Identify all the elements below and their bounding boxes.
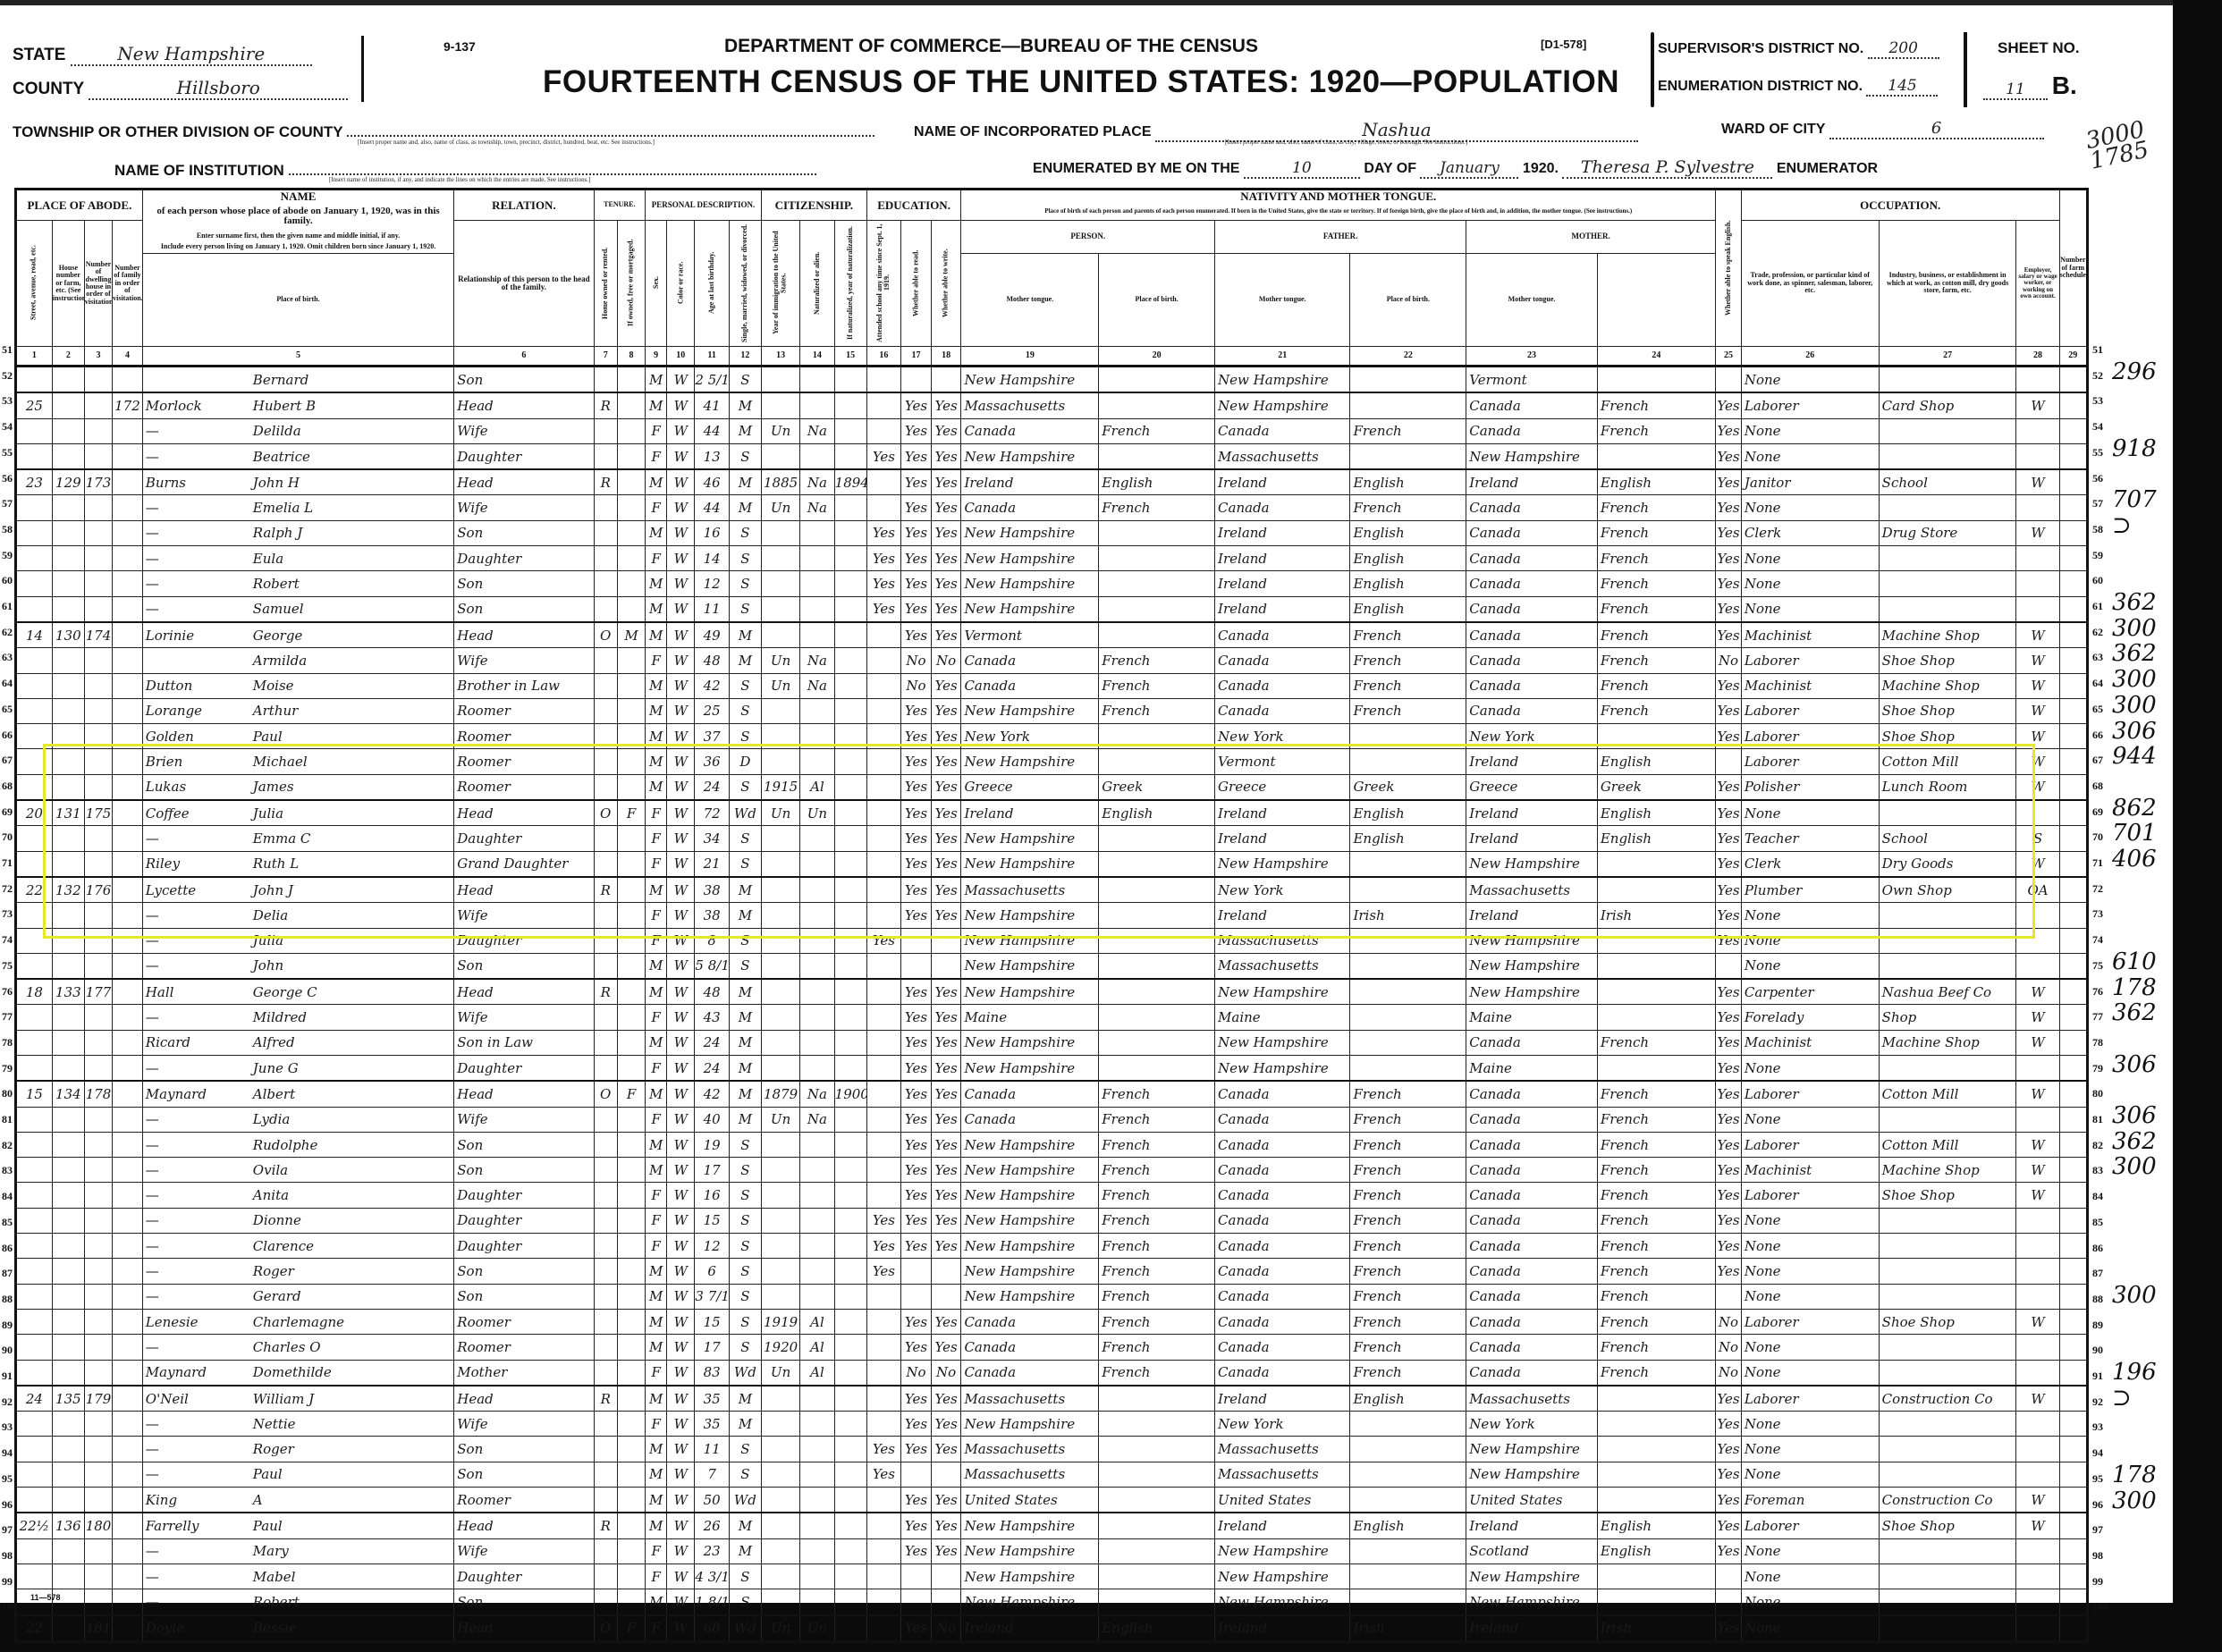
- cell-age: 3 7/12: [695, 1284, 729, 1309]
- cell-class: [2016, 928, 2059, 953]
- line-number-left: 71: [2, 856, 13, 870]
- cell-nat: [800, 1005, 834, 1030]
- cell-mort: [617, 1437, 645, 1462]
- table-row: —MildredWifeFW43MYesYesMaineMaineMaineYe…: [16, 1005, 2088, 1030]
- cell-house: [52, 1538, 84, 1563]
- cell-m-pob: New Hampshire: [1466, 1462, 1598, 1487]
- surname: Morlock: [146, 398, 253, 414]
- cell-tongue: [1099, 1386, 1215, 1412]
- surname: Farrelly: [146, 1518, 253, 1534]
- cell-nat: [800, 546, 834, 571]
- cell-natyr: [834, 903, 866, 928]
- cell-nat: [800, 1412, 834, 1437]
- cell-family: [113, 698, 143, 723]
- cell-m-tongue: French: [1597, 1081, 1715, 1107]
- cell-race: W: [667, 571, 695, 596]
- cell-relation: Wife: [454, 1412, 594, 1437]
- cell-f-tongue: English: [1350, 1386, 1466, 1412]
- cell-pob: Canada: [961, 1309, 1099, 1334]
- margin-annotation: 406: [2112, 846, 2157, 872]
- cell-dwelling: [84, 1056, 112, 1082]
- cell-relation: Wife: [454, 495, 594, 520]
- line-number-right: 82: [2092, 1139, 2103, 1152]
- cell-family: [113, 1259, 143, 1284]
- surname: —: [146, 551, 253, 567]
- cell-school: [866, 724, 900, 749]
- cell-race: W: [667, 1335, 695, 1360]
- cell-family: [113, 1462, 143, 1487]
- cell-school: Yes: [866, 546, 900, 571]
- given-name: Lydia: [253, 1111, 291, 1127]
- table-row: 22181DoyleBessieHeadOFFW68WdUnUnYesNoIre…: [16, 1615, 2088, 1642]
- cell-relation: Wife: [454, 903, 594, 928]
- cell-write: Yes: [931, 443, 961, 469]
- cell-mort: [617, 392, 645, 418]
- line-number-right: 70: [2092, 830, 2103, 844]
- cell-m-pob: Ireland: [1466, 800, 1598, 826]
- cell-marital: S: [729, 1208, 761, 1233]
- cell-own: [594, 366, 617, 392]
- cell-write: Yes: [931, 826, 961, 851]
- cell-relation: Daughter: [454, 928, 594, 953]
- cell-f-tongue: [1350, 851, 1466, 877]
- cell-english: Yes: [1716, 877, 1742, 903]
- cell-marital: S: [729, 826, 761, 851]
- cell-tongue: [1099, 366, 1215, 392]
- cell-dwelling: [84, 1259, 112, 1284]
- cell-mort: [617, 826, 645, 851]
- cell-name: DoyleBessie: [142, 1615, 453, 1642]
- cell-industry: [1879, 1284, 2016, 1309]
- cell-own: [594, 673, 617, 698]
- cell-industry: [1879, 495, 2016, 520]
- cell-f-pob: Canada: [1215, 1183, 1350, 1208]
- cell-family: [113, 1335, 143, 1360]
- cell-relation: Daughter: [454, 443, 594, 469]
- cell-farm: [2059, 673, 2087, 698]
- cell-own: [594, 1183, 617, 1208]
- cell-name: —Anita: [142, 1183, 453, 1208]
- cell-dwelling: [84, 1234, 112, 1259]
- cell-industry: [1879, 928, 2016, 953]
- cell-pob: Canada: [961, 1081, 1099, 1107]
- cell-class: [2016, 1360, 2059, 1386]
- cell-nat: [800, 1183, 834, 1208]
- cell-nat: [800, 1462, 834, 1487]
- cell-english: [1716, 953, 1742, 979]
- cell-name: Armilda: [142, 648, 453, 673]
- cell-tongue: English: [1099, 1615, 1215, 1642]
- cell-family: [113, 469, 143, 495]
- cell-industry: [1879, 1589, 2016, 1615]
- cell-trade: Clerk: [1741, 520, 1879, 545]
- cell-own: O: [594, 1081, 617, 1107]
- cell-family: [113, 1081, 143, 1107]
- cell-age: 16: [695, 520, 729, 545]
- cell-farm: [2059, 1284, 2087, 1309]
- cell-pob: Canada: [961, 1360, 1099, 1386]
- line-number-right: 63: [2092, 651, 2103, 664]
- cell-school: [866, 1513, 900, 1538]
- cell-farm: [2059, 1056, 2087, 1082]
- cell-class: [2016, 1412, 2059, 1437]
- cell-name: —Mabel: [142, 1563, 453, 1589]
- column-number: 2: [52, 346, 84, 366]
- cell-sex: F: [646, 851, 667, 877]
- cell-pob: New Hampshire: [961, 953, 1099, 979]
- cell-mort: [617, 877, 645, 903]
- cell-name: —Nettie: [142, 1412, 453, 1437]
- cell-nat: [800, 1259, 834, 1284]
- col-naturalization-year: If naturalized, year of naturalization.: [834, 220, 866, 346]
- cell-dwelling: [84, 928, 112, 953]
- table-row: LorangeArthurRoomerMW25SYesYesNew Hampsh…: [16, 698, 2088, 723]
- cell-street: [16, 673, 53, 698]
- cell-mort: [617, 1589, 645, 1615]
- column-number: 19: [961, 346, 1099, 366]
- cell-relation: Roomer: [454, 774, 594, 800]
- cell-industry: [1879, 953, 2016, 979]
- cell-write: Yes: [931, 1538, 961, 1563]
- cell-school: [866, 698, 900, 723]
- cell-imm: [761, 1488, 799, 1513]
- cell-name: —Clarence: [142, 1234, 453, 1259]
- line-number-left: 95: [2, 1472, 13, 1486]
- cell-own: R: [594, 392, 617, 418]
- cell-imm: [761, 903, 799, 928]
- column-number: 7: [594, 346, 617, 366]
- cell-street: [16, 1259, 53, 1284]
- cell-family: [113, 749, 143, 774]
- cell-relation: Wife: [454, 1005, 594, 1030]
- cell-imm: [761, 622, 799, 648]
- line-number-right: 66: [2092, 729, 2103, 742]
- cell-name: —Paul: [142, 1462, 453, 1487]
- cell-family: [113, 1412, 143, 1437]
- cell-f-tongue: French: [1350, 698, 1466, 723]
- cell-write: [931, 1462, 961, 1487]
- cell-class: W: [2016, 520, 2059, 545]
- cell-race: W: [667, 851, 695, 877]
- cell-race: W: [667, 1132, 695, 1157]
- cell-industry: Cotton Mill: [1879, 749, 2016, 774]
- given-name: Gerard: [253, 1288, 301, 1304]
- cell-own: [594, 774, 617, 800]
- cell-imm: [761, 366, 799, 392]
- cell-trade: Laborer: [1741, 1386, 1879, 1412]
- given-name: Roger: [253, 1263, 294, 1279]
- cell-name: CoffeeJulia: [142, 800, 453, 826]
- cell-marital: S: [729, 596, 761, 622]
- given-name: Albert: [253, 1086, 295, 1102]
- cell-farm: [2059, 1538, 2087, 1563]
- given-name: Bernard: [253, 372, 308, 388]
- cell-imm: [761, 1513, 799, 1538]
- cell-name: —Dionne: [142, 1208, 453, 1233]
- line-number-right: 53: [2092, 394, 2103, 408]
- cell-age: 24: [695, 774, 729, 800]
- cell-school: Yes: [866, 443, 900, 469]
- cell-f-tongue: [1350, 1538, 1466, 1563]
- cell-class: W: [2016, 1488, 2059, 1513]
- cell-marital: S: [729, 1284, 761, 1309]
- cell-pob: United States: [961, 1488, 1099, 1513]
- cell-f-tongue: French: [1350, 673, 1466, 698]
- cell-trade: Laborer: [1741, 724, 1879, 749]
- enumeration-district-value: 145: [1866, 77, 1938, 97]
- cell-tongue: French: [1099, 1360, 1215, 1386]
- cell-age: 49: [695, 622, 729, 648]
- cell-trade: Laborer: [1741, 1513, 1879, 1538]
- cell-m-tongue: French: [1597, 418, 1715, 443]
- table-row: —BeatriceDaughterFW13SYesYesYesNew Hamps…: [16, 443, 2088, 469]
- cell-write: Yes: [931, 1234, 961, 1259]
- cell-street: [16, 1030, 53, 1055]
- cell-dwelling: [84, 1107, 112, 1132]
- cell-school: [866, 851, 900, 877]
- cell-marital: M: [729, 495, 761, 520]
- cell-own: [594, 1309, 617, 1334]
- cell-m-tongue: French: [1597, 1284, 1715, 1309]
- cell-class: [2016, 596, 2059, 622]
- cell-m-pob: Ireland: [1466, 1615, 1598, 1642]
- cell-trade: None: [1741, 1056, 1879, 1082]
- cell-school: [866, 1615, 900, 1642]
- cell-read: [901, 1462, 932, 1487]
- cell-relation: Head: [454, 800, 594, 826]
- cell-f-tongue: French: [1350, 1107, 1466, 1132]
- cell-pob: New Hampshire: [961, 826, 1099, 851]
- cell-f-tongue: French: [1350, 1208, 1466, 1233]
- cell-school: [866, 1360, 900, 1386]
- cell-farm: [2059, 1234, 2087, 1259]
- given-name: John H: [253, 475, 300, 491]
- cell-natyr: [834, 495, 866, 520]
- cell-f-pob: New Hampshire: [1215, 392, 1350, 418]
- cell-farm: [2059, 1005, 2087, 1030]
- cell-class: W: [2016, 1386, 2059, 1412]
- cell-age: 46: [695, 469, 729, 495]
- cell-dwelling: [84, 953, 112, 979]
- cell-farm: [2059, 648, 2087, 673]
- col-age: Age at last birthday.: [695, 220, 729, 346]
- cell-farm: [2059, 1107, 2087, 1132]
- cell-own: [594, 1259, 617, 1284]
- cell-m-pob: Canada: [1466, 622, 1598, 648]
- cell-street: 23: [16, 469, 53, 495]
- cell-marital: S: [729, 928, 761, 953]
- cell-house: [52, 1005, 84, 1030]
- line-number-left: 96: [2, 1498, 13, 1512]
- cell-name: —Robert: [142, 1589, 453, 1615]
- cell-relation: Head: [454, 622, 594, 648]
- cell-m-tongue: Greek: [1597, 774, 1715, 800]
- cell-marital: S: [729, 1183, 761, 1208]
- cell-m-tongue: [1597, 953, 1715, 979]
- cell-school: [866, 1538, 900, 1563]
- line-number-left: 60: [2, 574, 13, 587]
- cell-pob: New Hampshire: [961, 596, 1099, 622]
- surname: —: [146, 1466, 253, 1482]
- cell-farm: [2059, 1563, 2087, 1589]
- cell-m-tongue: French: [1597, 495, 1715, 520]
- cell-write: Yes: [931, 469, 961, 495]
- col-father-pob: Place of birth.: [1099, 253, 1215, 346]
- cell-nat: [800, 1437, 834, 1462]
- table-row: RicardAlfredSon in LawMW24MYesYesNew Ham…: [16, 1030, 2088, 1055]
- cell-natyr: [834, 1589, 866, 1615]
- cell-dwelling: [84, 826, 112, 851]
- table-row: KingARoomerMW50WdYesYesUnited StatesUnit…: [16, 1488, 2088, 1513]
- cell-natyr: [834, 1056, 866, 1082]
- cell-name: O'NeilWilliam J: [142, 1386, 453, 1412]
- cell-industry: [1879, 1335, 2016, 1360]
- cell-f-pob: New Hampshire: [1215, 1056, 1350, 1082]
- cell-imm: Un: [761, 1107, 799, 1132]
- cell-marital: M: [729, 622, 761, 648]
- cell-mort: [617, 979, 645, 1005]
- cell-class: [2016, 1538, 2059, 1563]
- cell-name: LorangeArthur: [142, 698, 453, 723]
- cell-class: [2016, 1259, 2059, 1284]
- cell-trade: Janitor: [1741, 469, 1879, 495]
- cell-m-pob: Canada: [1466, 418, 1598, 443]
- surname: Hall: [146, 984, 253, 1000]
- cell-class: [2016, 1563, 2059, 1589]
- cell-f-pob: Canada: [1215, 1081, 1350, 1107]
- cell-relation: Roomer: [454, 1309, 594, 1334]
- cell-tongue: [1099, 1437, 1215, 1462]
- group-name: NAME of each person whose place of abode…: [142, 190, 453, 254]
- cell-house: [52, 1208, 84, 1233]
- cell-industry: Own Shop: [1879, 877, 2016, 903]
- cell-mort: [617, 366, 645, 392]
- cell-age: 50: [695, 1488, 729, 1513]
- cell-pob: New Hampshire: [961, 366, 1099, 392]
- cell-house: [52, 1284, 84, 1309]
- cell-f-pob: Canada: [1215, 1208, 1350, 1233]
- cell-race: W: [667, 749, 695, 774]
- cell-f-tongue: English: [1350, 469, 1466, 495]
- cell-f-tongue: French: [1350, 495, 1466, 520]
- census-title: FOURTEENTH CENSUS OF THE UNITED STATES: …: [543, 64, 1619, 100]
- cell-read: Yes: [901, 851, 932, 877]
- cell-english: No: [1716, 1335, 1742, 1360]
- cell-f-pob: Ireland: [1215, 520, 1350, 545]
- cell-marital: S: [729, 774, 761, 800]
- cell-street: [16, 1056, 53, 1082]
- cell-english: Yes: [1716, 1158, 1742, 1183]
- cell-farm: [2059, 418, 2087, 443]
- cell-name: LenesieCharlemagne: [142, 1309, 453, 1334]
- cell-age: 7: [695, 1462, 729, 1487]
- cell-relation: Wife: [454, 1538, 594, 1563]
- cell-house: [52, 724, 84, 749]
- cell-race: W: [667, 1081, 695, 1107]
- cell-age: 40: [695, 1107, 729, 1132]
- cell-write: Yes: [931, 1081, 961, 1107]
- county-label: COUNTY: [13, 80, 84, 98]
- cell-marital: M: [729, 1081, 761, 1107]
- cell-read: [901, 928, 932, 953]
- cell-m-pob: New Hampshire: [1466, 1563, 1598, 1589]
- cell-street: [16, 953, 53, 979]
- surname: —: [146, 1238, 253, 1254]
- cell-imm: [761, 1158, 799, 1183]
- cell-write: No: [931, 1360, 961, 1386]
- cell-race: W: [667, 1513, 695, 1538]
- cell-trade: None: [1741, 1589, 1879, 1615]
- cell-m-tongue: [1597, 1412, 1715, 1437]
- given-name: Michael: [253, 754, 308, 770]
- cell-tongue: [1099, 1563, 1215, 1589]
- cell-relation: Son: [454, 1284, 594, 1309]
- given-name: Julia: [253, 932, 283, 948]
- cell-farm: [2059, 1132, 2087, 1157]
- cell-farm: [2059, 1081, 2087, 1107]
- cell-nat: [800, 571, 834, 596]
- cell-pob: Maine: [961, 1005, 1099, 1030]
- cell-f-tongue: [1350, 1030, 1466, 1055]
- cell-school: [866, 1183, 900, 1208]
- col-read: Whether able to read.: [901, 220, 932, 346]
- cell-natyr: [834, 953, 866, 979]
- surname: Coffee: [146, 805, 253, 822]
- cell-farm: [2059, 392, 2087, 418]
- cell-own: R: [594, 1386, 617, 1412]
- cell-age: 14: [695, 546, 729, 571]
- cell-tongue: French: [1099, 1309, 1215, 1334]
- cell-read: Yes: [901, 1234, 932, 1259]
- cell-name: LycetteJohn J: [142, 877, 453, 903]
- cell-own: [594, 1488, 617, 1513]
- cell-english: Yes: [1716, 800, 1742, 826]
- cell-m-pob: Greece: [1466, 774, 1598, 800]
- cell-age: 15: [695, 1309, 729, 1334]
- cell-imm: [761, 1208, 799, 1233]
- cell-trade: None: [1741, 1234, 1879, 1259]
- township-label: TOWNSHIP OR OTHER DIVISION OF COUNTY: [13, 123, 342, 140]
- cell-school: [866, 469, 900, 495]
- cell-m-pob: Vermont: [1466, 366, 1598, 392]
- table-row: —June GDaughterFW24MYesYesNew HampshireN…: [16, 1056, 2088, 1082]
- cell-age: 48: [695, 648, 729, 673]
- cell-industry: Construction Co: [1879, 1386, 2016, 1412]
- col-free-mortgaged: If owned, free or mortgaged.: [617, 220, 645, 346]
- cell-f-tongue: French: [1350, 1335, 1466, 1360]
- enumerated-field: ENUMERATED BY ME ON THE 10 DAY OF Januar…: [1033, 157, 1878, 179]
- cell-mort: [617, 1056, 645, 1082]
- cell-own: [594, 1158, 617, 1183]
- cell-school: [866, 1030, 900, 1055]
- cell-mort: [617, 673, 645, 698]
- cell-family: [113, 1615, 143, 1642]
- cell-own: [594, 1005, 617, 1030]
- cell-write: Yes: [931, 1132, 961, 1157]
- table-row: —RogerSonMW6SYesNew HampshireFrenchCanad…: [16, 1259, 2088, 1284]
- line-number-right: 64: [2092, 677, 2103, 690]
- given-name: June G: [253, 1060, 299, 1076]
- column-number: 24: [1597, 346, 1715, 366]
- table-row: —EulaDaughterFW14SYesYesYesNew Hampshire…: [16, 546, 2088, 571]
- cell-age: 11: [695, 596, 729, 622]
- cell-natyr: [834, 724, 866, 749]
- margin-annotation: ⊃: [2112, 1385, 2132, 1412]
- cell-write: Yes: [931, 851, 961, 877]
- cell-english: Yes: [1716, 1462, 1742, 1487]
- cell-name: RileyRuth L: [142, 851, 453, 877]
- line-number-right: 58: [2092, 523, 2103, 536]
